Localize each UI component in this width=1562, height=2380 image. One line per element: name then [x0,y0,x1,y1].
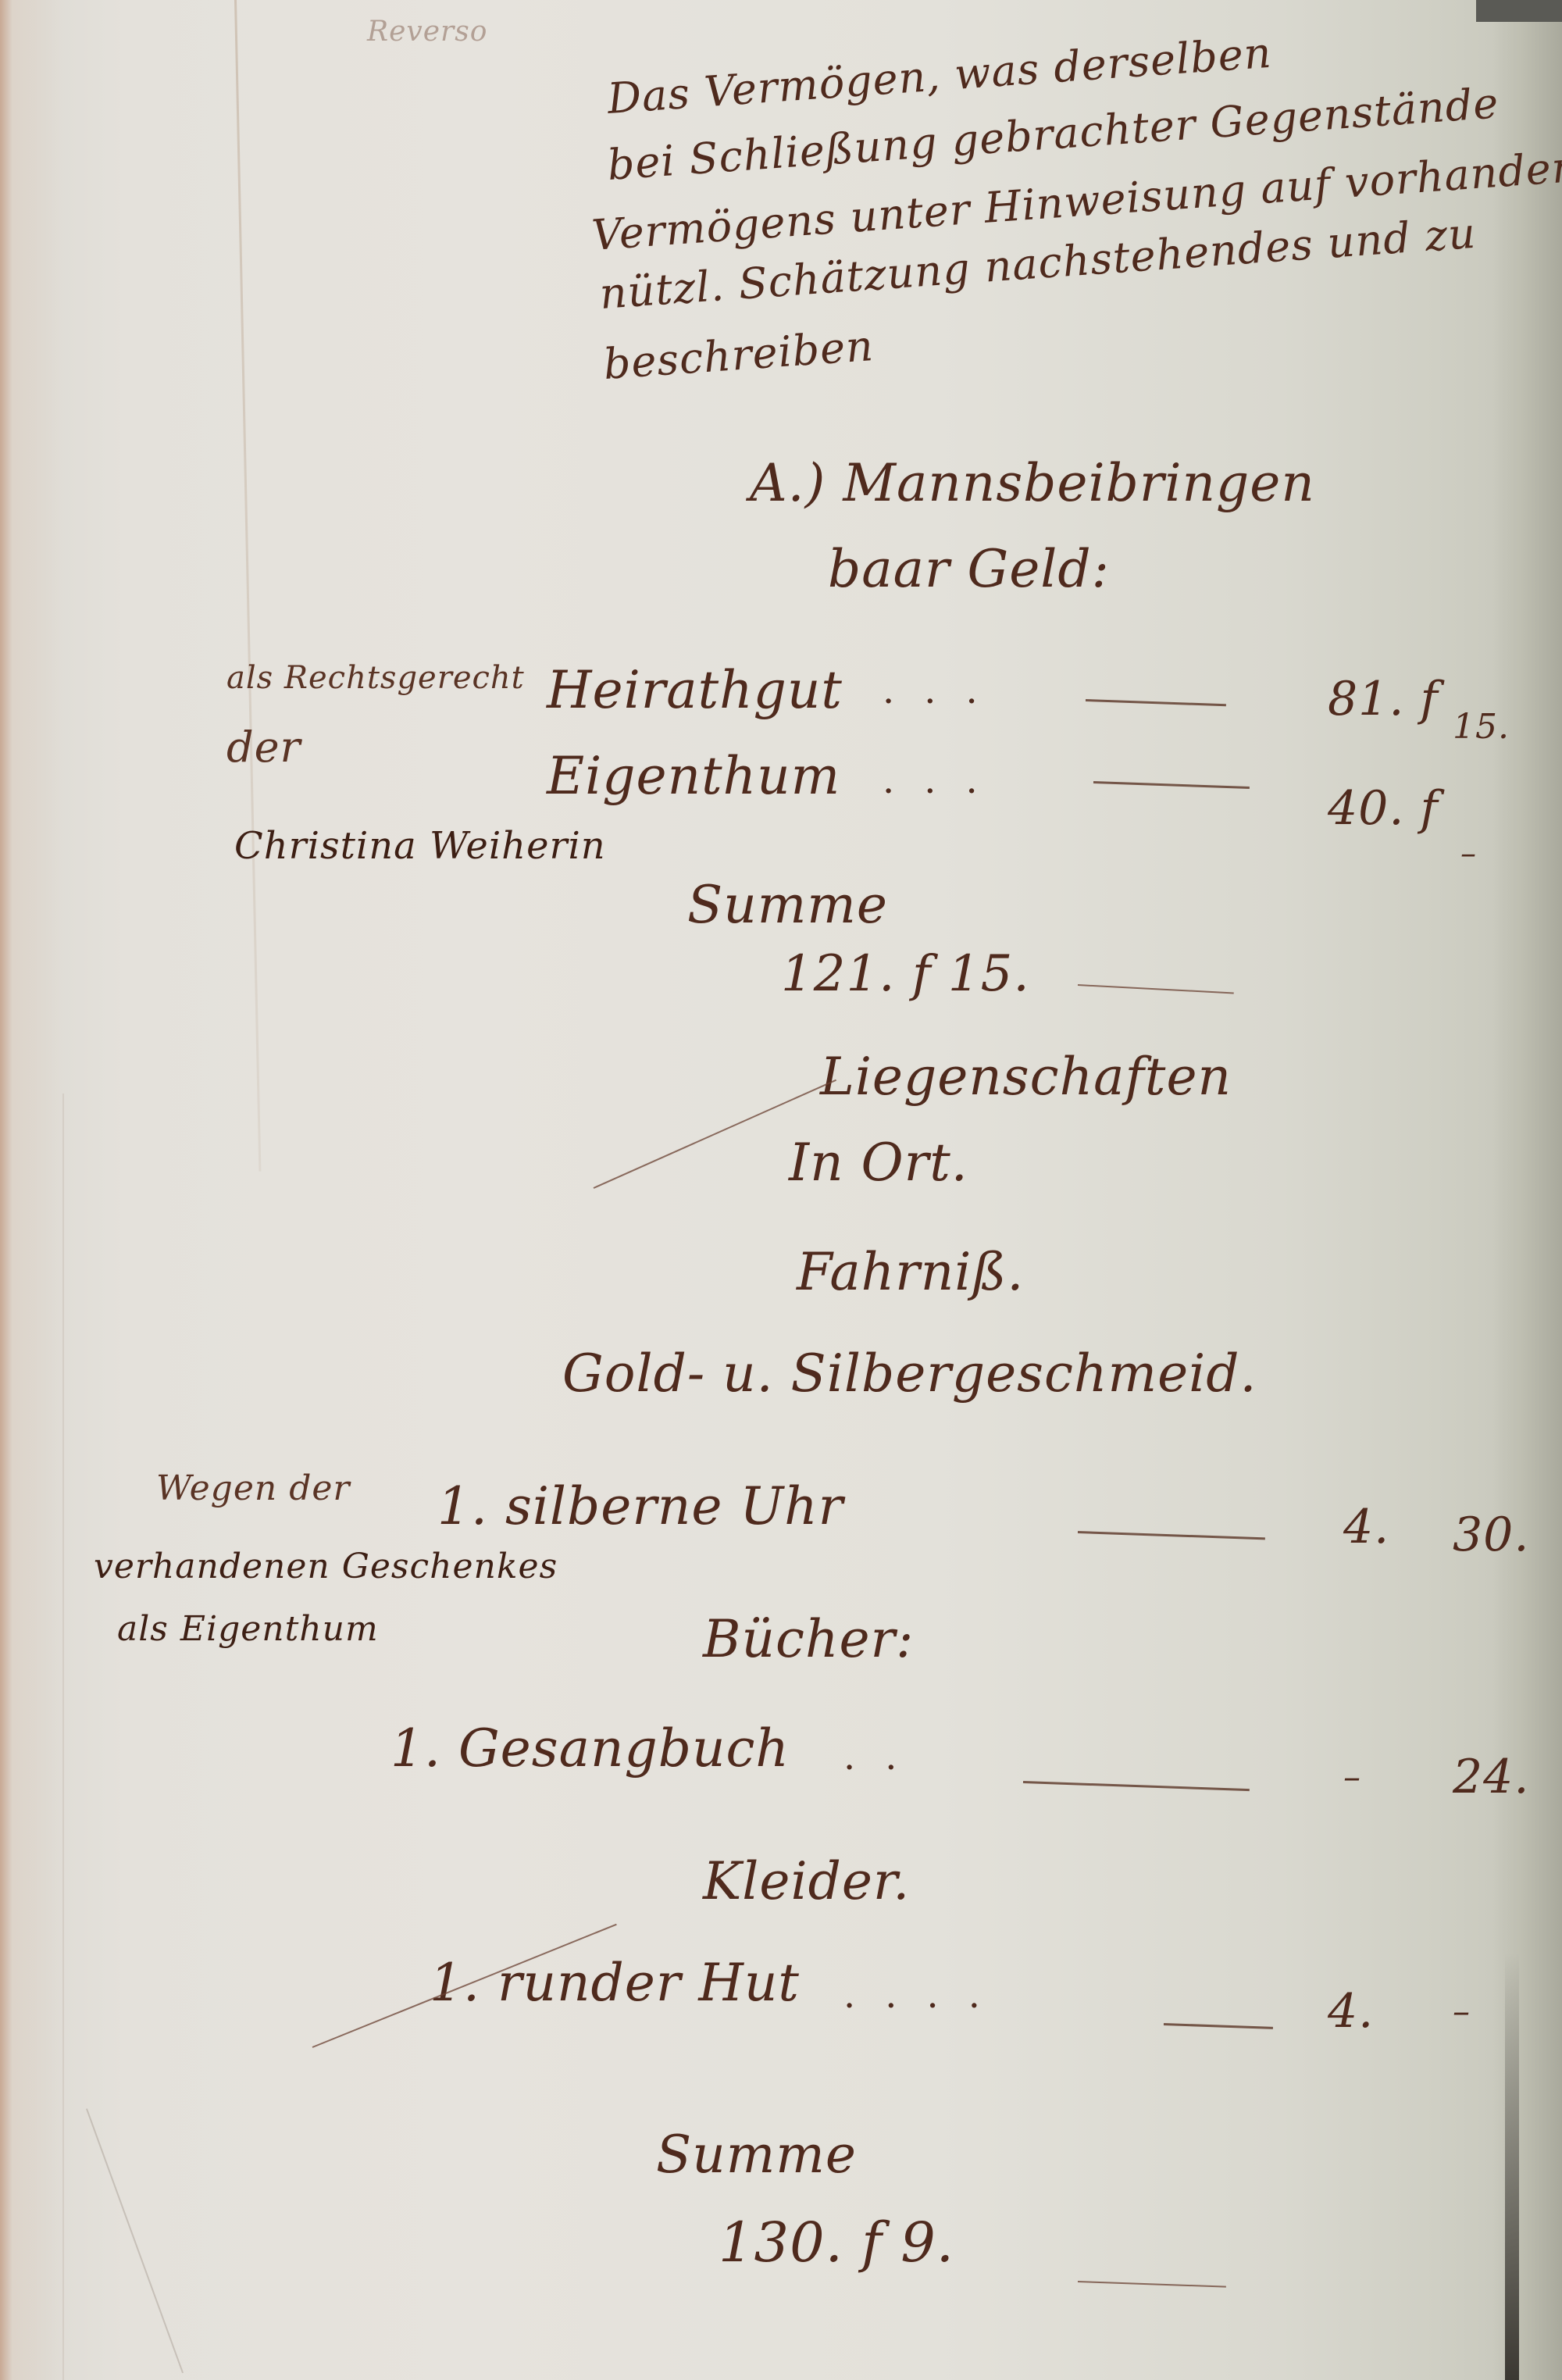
intro-line: beschreiben [602,321,876,389]
leader-dots: ··· [883,680,1007,723]
margin-note: verhandenen Geschenkes [94,1547,558,1586]
leader-dots: ·· [843,1746,927,1789]
leader-line [1086,699,1226,706]
item-florin: 40. f [1328,781,1439,836]
left-fold-strip [0,0,62,2380]
total-label: Summe [656,2125,857,2185]
item-kreuzer: 24. [1453,1750,1529,1804]
fold-line [62,1094,64,2380]
item-florin: – [1343,1757,1361,1797]
section-b-fourth-heading: Gold- u. Silbergeschmeid. [562,1343,1257,1404]
item-label: Heirathgut [547,660,843,720]
section-b-third-heading: Fahrniß. [797,1242,1024,1302]
paper-crack [86,2108,184,2373]
leader-dots: ···· [843,1984,1010,2028]
corner-shadow [1476,0,1562,22]
margin-note: als Eigenthum [117,1609,379,1649]
item-kreuzer: – [1453,1992,1471,2032]
spine-shadow [1505,1953,1519,2380]
item-label: 1. runder Hut [430,1953,800,2013]
margin-note: Christina Weiherin [234,824,606,868]
leader-line [1023,1781,1250,1791]
item-kreuzer: 30. [1453,1508,1529,1562]
clothes-heading: Kleider. [703,1851,910,1911]
item-kreuzer: 15. [1453,707,1510,747]
item-kreuzer: – [1460,836,1477,872]
item-florin: 4. [1343,1500,1389,1554]
leader-line [1078,1531,1265,1540]
books-heading: Bücher: [703,1609,914,1669]
section-b-subheading: In Ort. [789,1133,968,1193]
margin-note: als Rechtsgerecht [226,660,525,696]
leader-dots: ··· [883,769,1007,813]
item-label: Eigenthum [547,746,840,806]
sum-label: Summe [687,875,888,935]
section-b-heading: Liegenschaften [820,1047,1232,1107]
fold-line [234,0,261,1172]
item-florin: 4. [1328,1984,1374,2039]
flourish-stroke [1078,2281,1226,2288]
item-label: 1. silberne Uhr [437,1476,843,1536]
book-edge [1492,0,1562,2380]
margin-note: der [226,723,301,772]
total-value: 130. f 9. [719,2211,954,2275]
margin-note: Wegen der [156,1468,350,1508]
leader-line [1164,2023,1273,2029]
flourish-stroke [1078,984,1234,994]
sum-value: 121. f 15. [781,945,1030,1003]
item-label: 1. Gesangbuch [390,1718,790,1779]
section-a-subheading: baar Geld: [828,539,1110,599]
manuscript-page: Reverso Das Vermögen, was derselben bei … [0,0,1562,2380]
top-margin-mark: Reverso [367,16,487,48]
item-florin: 81. f [1328,672,1439,726]
leader-line [1093,781,1250,789]
section-a-heading: A.) Mannsbeibringen [750,453,1315,513]
